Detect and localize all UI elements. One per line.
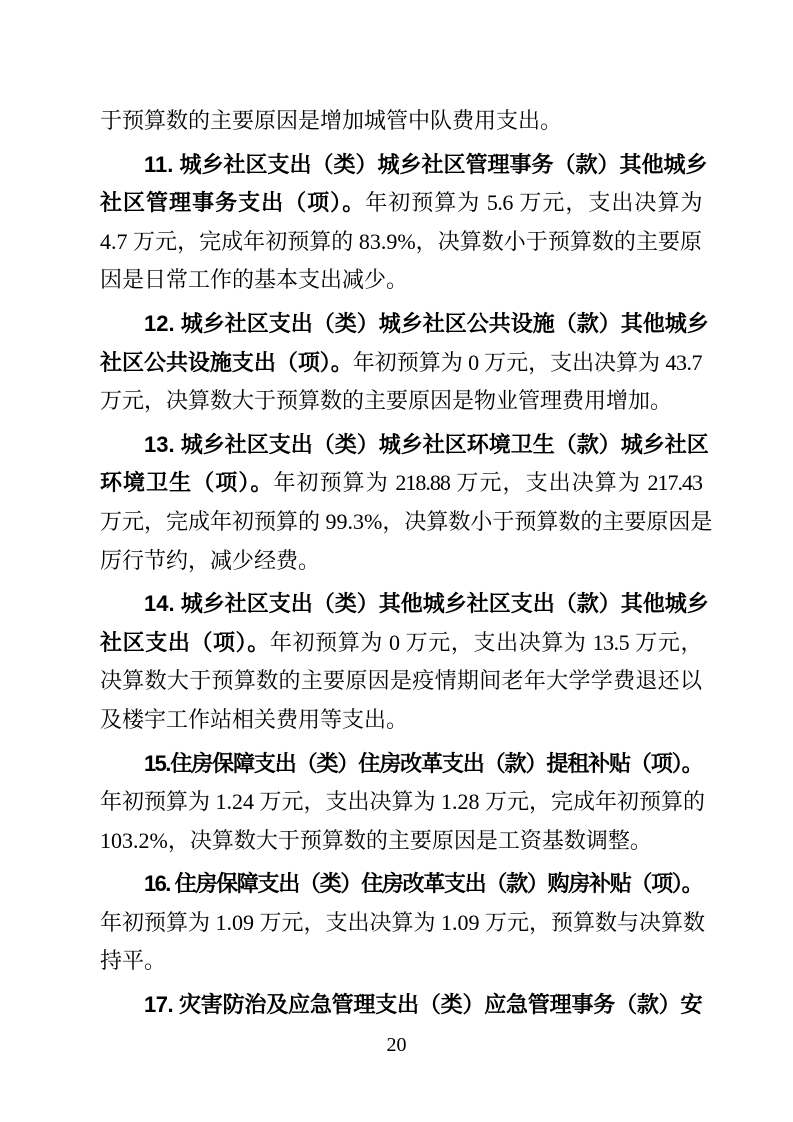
body-text: 年初预算为 1.09 万元，支出决算为 1.09 万元，预算数与决算数 [100,910,705,935]
paragraph-16: 16. 住房保障支出（类）住房改革支出（款）购房补贴（项）。年初预算为 1.09… [100,865,702,981]
text-line: 万元，完成年初预算的 99.3%，决算数小于预算数的主要原因是 [100,503,702,542]
heading-text: 社区管理事务支出（项）。 [100,190,365,215]
document-body: 于预算数的主要原因是增加城管中队费用支出。11. 城乡社区支出（类）城乡社区管理… [100,102,702,1025]
text-line: 11. 城乡社区支出（类）城乡社区管理事务（款）其他城乡 [100,146,702,185]
page-number: 20 [0,1031,793,1059]
text-line: 环境卫生（项）。年初预算为 218.88 万元，支出决算为 217.43 [100,464,702,503]
text-line: 社区管理事务支出（项）。年初预算为 5.6 万元，支出决算为 [100,184,702,223]
body-text: 年初预算为 0 万元，支出决算为 43.7 [353,350,702,375]
heading-text: 15.住房保障支出（类）住房改革支出（款）提租补贴（项）。 [144,751,702,776]
text-line: 厉行节约，减少经费。 [100,542,702,581]
paragraph-11: 11. 城乡社区支出（类）城乡社区管理事务（款）其他城乡社区管理事务支出（项）。… [100,146,702,300]
heading-text: 16. 住房保障支出（类）住房改革支出（款）购房补贴（项）。 [144,871,702,896]
body-text: 因是日常工作的基本支出减少。 [100,267,408,292]
body-text: 年初预算为 218.88 万元，支出决算为 217.43 [274,470,702,495]
body-text: 及楼宇工作站相关费用等支出。 [100,707,408,732]
body-text: 年初预算为 0 万元，支出决算为 13.5 万元， [270,630,702,655]
body-text: 决算数大于预算数的主要原因是疫情期间老年大学学费退还以 [100,668,702,693]
body-text: 于预算数的主要原因是增加城管中队费用支出。 [100,108,562,133]
text-line: 及楼宇工作站相关费用等支出。 [100,701,702,740]
text-line: 年初预算为 1.09 万元，支出决算为 1.09 万元，预算数与决算数 [100,904,702,943]
paragraph-12: 12. 城乡社区支出（类）城乡社区公共设施（款）其他城乡社区公共设施支出（项）。… [100,305,702,421]
text-line: 12. 城乡社区支出（类）城乡社区公共设施（款）其他城乡 [100,305,702,344]
document-page: { "page": { "number": "20" }, "document"… [0,0,793,1122]
text-line: 15.住房保障支出（类）住房改革支出（款）提租补贴（项）。 [100,745,702,784]
paragraph-14: 14. 城乡社区支出（类）其他城乡社区支出（款）其他城乡社区支出（项）。年初预算… [100,585,702,739]
text-line: 4.7 万元，完成年初预算的 83.9%，决算数小于预算数的主要原 [100,223,702,262]
text-line: 13. 城乡社区支出（类）城乡社区环境卫生（款）城乡社区 [100,426,702,465]
heading-text: 12. 城乡社区支出（类）城乡社区公共设施（款）其他城乡 [144,311,709,336]
body-text: 103.2%，决算数大于预算数的主要原因是工资基数调整。 [100,828,652,853]
heading-text: 13. 城乡社区支出（类）城乡社区环境卫生（款）城乡社区 [144,432,709,457]
body-text: 厉行节约，减少经费。 [100,548,320,573]
body-text: 年初预算为 5.6 万元，支出决算为 [365,190,702,215]
paragraph-15: 15.住房保障支出（类）住房改革支出（款）提租补贴（项）。年初预算为 1.24 … [100,745,702,861]
paragraph-13: 13. 城乡社区支出（类）城乡社区环境卫生（款）城乡社区环境卫生（项）。年初预算… [100,426,702,580]
heading-text: 社区公共设施支出（项）。 [100,350,353,375]
text-line: 持平。 [100,942,702,981]
body-text: 万元，决算数大于预算数的主要原因是物业管理费用增加。 [100,388,672,413]
text-line: 103.2%，决算数大于预算数的主要原因是工资基数调整。 [100,822,702,861]
text-line: 年初预算为 1.24 万元，支出决算为 1.28 万元，完成年初预算的 [100,783,702,822]
text-line: 16. 住房保障支出（类）住房改革支出（款）购房补贴（项）。 [100,865,702,904]
text-line: 因是日常工作的基本支出减少。 [100,261,702,300]
text-line: 社区支出（项）。年初预算为 0 万元，支出决算为 13.5 万元， [100,624,702,663]
text-line: 17. 灾害防治及应急管理支出（类）应急管理事务（款）安 [100,986,702,1025]
text-line: 于预算数的主要原因是增加城管中队费用支出。 [100,102,702,141]
heading-text: 社区支出（项）。 [100,630,270,655]
paragraph-17: 17. 灾害防治及应急管理支出（类）应急管理事务（款）安 [100,986,702,1025]
paragraph-10-continuation: 于预算数的主要原因是增加城管中队费用支出。 [100,102,702,141]
body-text: 年初预算为 1.24 万元，支出决算为 1.28 万元，完成年初预算的 [100,789,705,814]
text-line: 社区公共设施支出（项）。年初预算为 0 万元，支出决算为 43.7 [100,344,702,383]
heading-text: 14. 城乡社区支出（类）其他城乡社区支出（款）其他城乡 [144,591,709,616]
body-text: 持平。 [100,948,166,973]
text-line: 万元，决算数大于预算数的主要原因是物业管理费用增加。 [100,382,702,421]
heading-text: 17. 灾害防治及应急管理支出（类）应急管理事务（款）安 [144,992,702,1017]
text-line: 14. 城乡社区支出（类）其他城乡社区支出（款）其他城乡 [100,585,702,624]
heading-text: 11. 城乡社区支出（类）城乡社区管理事务（款）其他城乡 [144,152,707,177]
heading-text: 环境卫生（项）。 [100,470,274,495]
body-text: 4.7 万元，完成年初预算的 83.9%，决算数小于预算数的主要原 [100,229,702,254]
text-line: 决算数大于预算数的主要原因是疫情期间老年大学学费退还以 [100,662,702,701]
body-text: 万元，完成年初预算的 99.3%，决算数小于预算数的主要原因是 [100,509,712,534]
